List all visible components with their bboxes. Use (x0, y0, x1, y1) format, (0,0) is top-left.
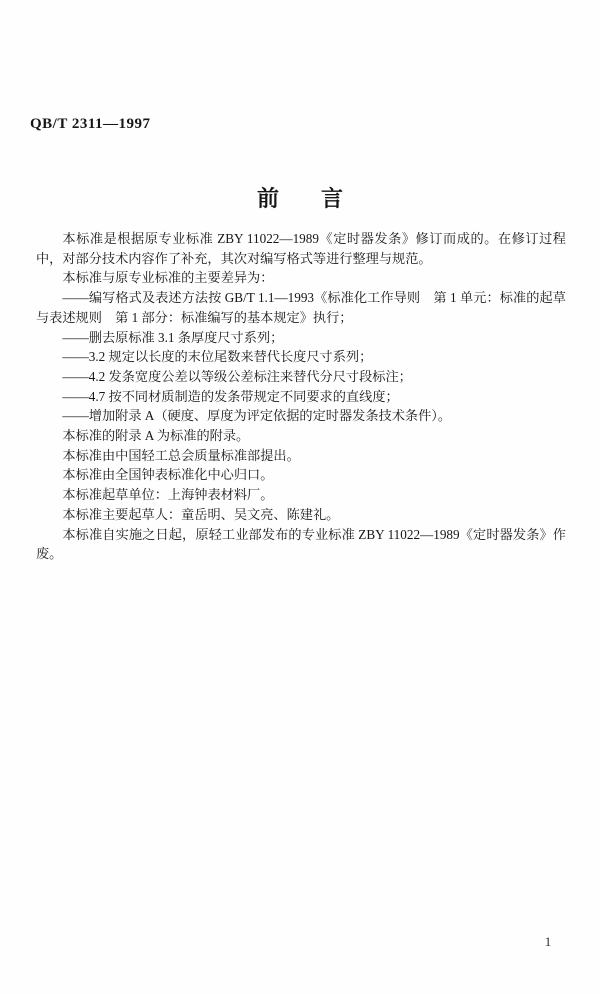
foreword-paragraph: 本标准主要起草人：童岳明、吴文亮、陈建礼。 (36, 505, 566, 525)
page-title-char: 言 (321, 186, 343, 212)
foreword-paragraph: ——编写格式及表述方法按 GB/T 1.1—1993《标准化工作导则 第 1 单… (36, 288, 566, 327)
foreword-paragraph: ——删去原标准 3.1 条厚度尺寸系列； (36, 328, 566, 348)
foreword-paragraph: ——4.2 发条宽度公差以等级公差标注来替代分尺寸段标注； (36, 367, 566, 387)
foreword-paragraph: 本标准起草单位：上海钟表材料厂。 (36, 485, 566, 505)
foreword-paragraph: 本标准是根据原专业标准 ZBY 11022—1989《定时器发条》修订而成的。在… (36, 229, 566, 268)
page-title: 前 言 (0, 186, 600, 212)
foreword-paragraph: 本标准与原专业标准的主要差异为： (36, 268, 566, 288)
foreword-body: 本标准是根据原专业标准 ZBY 11022—1989《定时器发条》修订而成的。在… (36, 229, 566, 564)
standard-number: QB/T 2311—1997 (30, 116, 151, 133)
foreword-paragraph: 本标准的附录 A 为标准的附录。 (36, 426, 566, 446)
foreword-paragraph: 本标准自实施之日起，原轻工业部发布的专业标准 ZBY 11022—1989《定时… (36, 525, 566, 564)
foreword-paragraph: ——4.7 按不同材质制造的发条带规定不同要求的直线度； (36, 387, 566, 407)
foreword-paragraph: 本标准由全国钟表标准化中心归口。 (36, 465, 566, 485)
foreword-paragraph: ——3.2 规定以长度的末位尾数来替代长度尺寸系列； (36, 347, 566, 367)
foreword-paragraph: ——增加附录 A（硬度、厚度为评定依据的定时器发条技术条件）。 (36, 406, 566, 426)
document-page: QB/T 2311—1997 前 言 本标准是根据原专业标准 ZBY 11022… (0, 0, 600, 994)
foreword-paragraph: 本标准由中国轻工总会质量标准部提出。 (36, 446, 566, 466)
page-title-char: 前 (257, 186, 279, 212)
page-number: 1 (538, 934, 558, 950)
